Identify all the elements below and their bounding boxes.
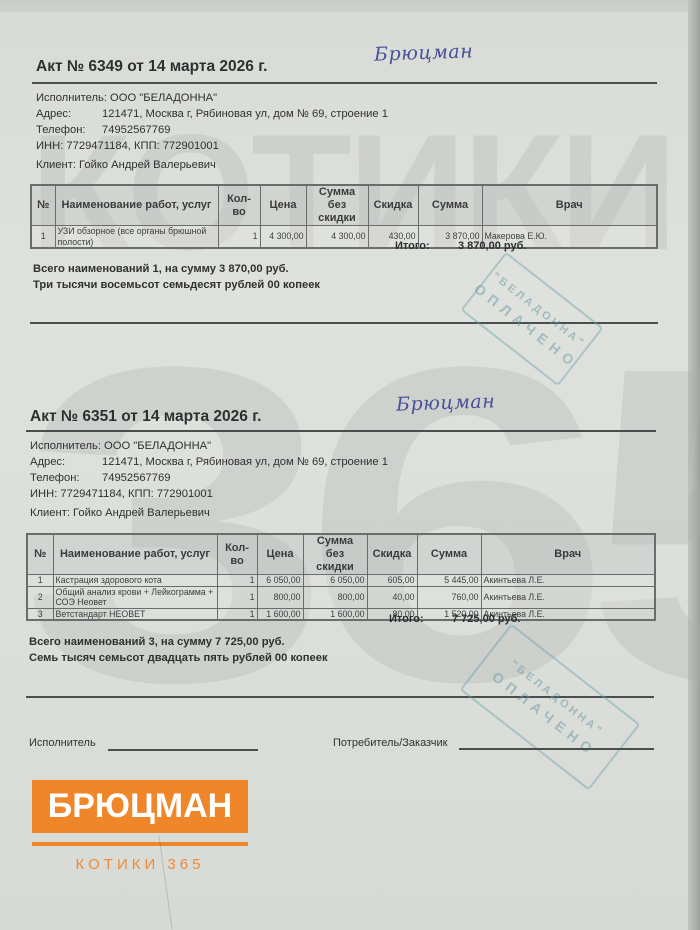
row-price: 4 300,00 bbox=[260, 226, 306, 249]
row-name: Общий анализ крови + Лейкограмма + СОЭ Н… bbox=[53, 586, 217, 608]
client-label: Клиент: bbox=[30, 505, 70, 521]
services-table: № Наименование работ, услуг Кол-во Цена … bbox=[30, 184, 658, 249]
summary-words: Семь тысяч семьсот двадцать пять рублей … bbox=[29, 650, 328, 666]
row-sum-no-discount: 6 050,00 bbox=[303, 575, 367, 587]
summary: Всего наименований 3, на сумму 7 725,00 … bbox=[29, 634, 328, 666]
row-name: Кастрация здорового кота bbox=[53, 575, 217, 587]
client-value: Гойко Андрей Валерьевич bbox=[79, 157, 216, 173]
executor-label: Исполнитель: bbox=[30, 438, 101, 454]
row-doctor: Акинтьева Л.Е. bbox=[481, 575, 655, 587]
row-number: 3 bbox=[27, 608, 53, 620]
row-sum: 760,00 bbox=[417, 586, 481, 608]
address-label: Адрес: bbox=[30, 454, 102, 470]
row-name: УЗИ обзорное (все органы брюшной полости… bbox=[55, 226, 218, 249]
brand-underline bbox=[32, 842, 248, 846]
handwritten-note: Брюцман bbox=[374, 40, 474, 65]
row-price: 800,00 bbox=[257, 586, 303, 608]
executor-signature-line bbox=[108, 749, 258, 751]
address-value: 121471, Москва г, Рябиновая ул, дом № 69… bbox=[102, 106, 388, 122]
table-header: № Наименование работ, услуг Кол-во Цена … bbox=[31, 185, 657, 226]
total-label: Итого: bbox=[389, 613, 424, 625]
col-number: № bbox=[27, 534, 53, 575]
total-value: 7 725,00 руб. bbox=[452, 613, 520, 625]
row-qty: 1 bbox=[218, 226, 260, 249]
table-row: 2 Общий анализ крови + Лейкограмма + СОЭ… bbox=[27, 586, 655, 608]
col-name: Наименование работ, услуг bbox=[53, 534, 217, 575]
inn-kpp: ИНН: 7729471184, КПП: 772901001 bbox=[30, 486, 213, 502]
row-sum-no-discount: 1 600,00 bbox=[303, 608, 367, 620]
row-number: 1 bbox=[31, 226, 55, 249]
executor-value: ООО "БЕЛАДОННА" bbox=[110, 90, 217, 106]
executor-signature-label: Исполнитель bbox=[29, 737, 96, 749]
divider bbox=[26, 430, 656, 432]
act-details: Исполнитель: ООО "БЕЛАДОННА" Адрес:12147… bbox=[36, 90, 388, 173]
col-doctor: Врач bbox=[482, 185, 657, 226]
customer-signature-label: Потребитель/Заказчик bbox=[333, 737, 447, 749]
row-number: 2 bbox=[27, 586, 53, 608]
customer-signature-line bbox=[459, 748, 654, 750]
phone-label: Телефон: bbox=[30, 470, 102, 486]
col-number: № bbox=[31, 185, 55, 226]
handwritten-note: Брюцман bbox=[396, 390, 496, 415]
act-details: Исполнитель: ООО "БЕЛАДОННА" Адрес:12147… bbox=[30, 438, 388, 521]
row-sum-no-discount: 4 300,00 bbox=[306, 226, 368, 249]
row-qty: 1 bbox=[217, 608, 257, 620]
phone-value: 74952567769 bbox=[102, 470, 170, 486]
row-doctor: Акинтьева Л.Е. bbox=[481, 586, 655, 608]
executor-label: Исполнитель: bbox=[36, 90, 107, 106]
row-discount: 40,00 bbox=[367, 586, 417, 608]
col-sum-no-discount: Сумма без скидки bbox=[306, 185, 368, 226]
row-qty: 1 bbox=[217, 586, 257, 608]
summary-count: Всего наименований 3, на сумму 7 725,00 … bbox=[29, 634, 328, 650]
col-qty: Кол-во bbox=[217, 534, 257, 575]
col-sum-no-discount: Сумма без скидки bbox=[303, 534, 367, 575]
services-table: № Наименование работ, услуг Кол-во Цена … bbox=[26, 533, 656, 621]
row-number: 1 bbox=[27, 575, 53, 587]
table-row: 3 Ветстандарт НЕОВЕТ 1 1 600,00 1 600,00… bbox=[27, 608, 655, 620]
col-price: Цена bbox=[257, 534, 303, 575]
page-edge bbox=[688, 0, 700, 930]
total-value: 3 870,00 руб. bbox=[458, 240, 526, 252]
client-label: Клиент: bbox=[36, 157, 76, 173]
col-name: Наименование работ, услуг bbox=[55, 185, 218, 226]
col-sum: Сумма bbox=[418, 185, 482, 226]
act-title: Акт № 6351 от 14 марта 2026 г. bbox=[30, 408, 261, 426]
act-title: Акт № 6349 от 14 марта 2026 г. bbox=[36, 58, 267, 76]
row-sum: 5 445,00 bbox=[417, 575, 481, 587]
summary-words: Три тысячи восемьсот семьдесят рублей 00… bbox=[33, 277, 320, 293]
col-discount: Скидка bbox=[368, 185, 418, 226]
address-label: Адрес: bbox=[36, 106, 102, 122]
brand-logo: БРЮЦМАН bbox=[32, 780, 248, 833]
row-price: 6 050,00 bbox=[257, 575, 303, 587]
address-value: 121471, Москва г, Рябиновая ул, дом № 69… bbox=[102, 454, 388, 470]
row-name: Ветстандарт НЕОВЕТ bbox=[53, 608, 217, 620]
phone-label: Телефон: bbox=[36, 122, 102, 138]
summary-count: Всего наименований 1, на сумму 3 870,00 … bbox=[33, 261, 320, 277]
brand-tagline: КОТИКИ 365 bbox=[32, 856, 248, 873]
col-doctor: Врач bbox=[481, 534, 655, 575]
col-sum: Сумма bbox=[417, 534, 481, 575]
col-price: Цена bbox=[260, 185, 306, 226]
table-header: № Наименование работ, услуг Кол-во Цена … bbox=[27, 534, 655, 575]
phone-value: 74952567769 bbox=[102, 122, 170, 138]
row-qty: 1 bbox=[217, 575, 257, 587]
row-discount: 605,00 bbox=[367, 575, 417, 587]
table-row: 1 Кастрация здорового кота 1 6 050,00 6 … bbox=[27, 575, 655, 587]
executor-value: ООО "БЕЛАДОННА" bbox=[104, 438, 211, 454]
divider bbox=[32, 82, 657, 84]
total-label: Итого: bbox=[395, 240, 430, 252]
table-row: 1 УЗИ обзорное (все органы брюшной полос… bbox=[31, 226, 657, 249]
row-sum-no-discount: 800,00 bbox=[303, 586, 367, 608]
client-value: Гойко Андрей Валерьевич bbox=[73, 505, 210, 521]
col-discount: Скидка bbox=[367, 534, 417, 575]
col-qty: Кол-во bbox=[218, 185, 260, 226]
summary: Всего наименований 1, на сумму 3 870,00 … bbox=[33, 261, 320, 293]
row-price: 1 600,00 bbox=[257, 608, 303, 620]
inn-kpp: ИНН: 7729471184, КПП: 772901001 bbox=[36, 138, 219, 154]
